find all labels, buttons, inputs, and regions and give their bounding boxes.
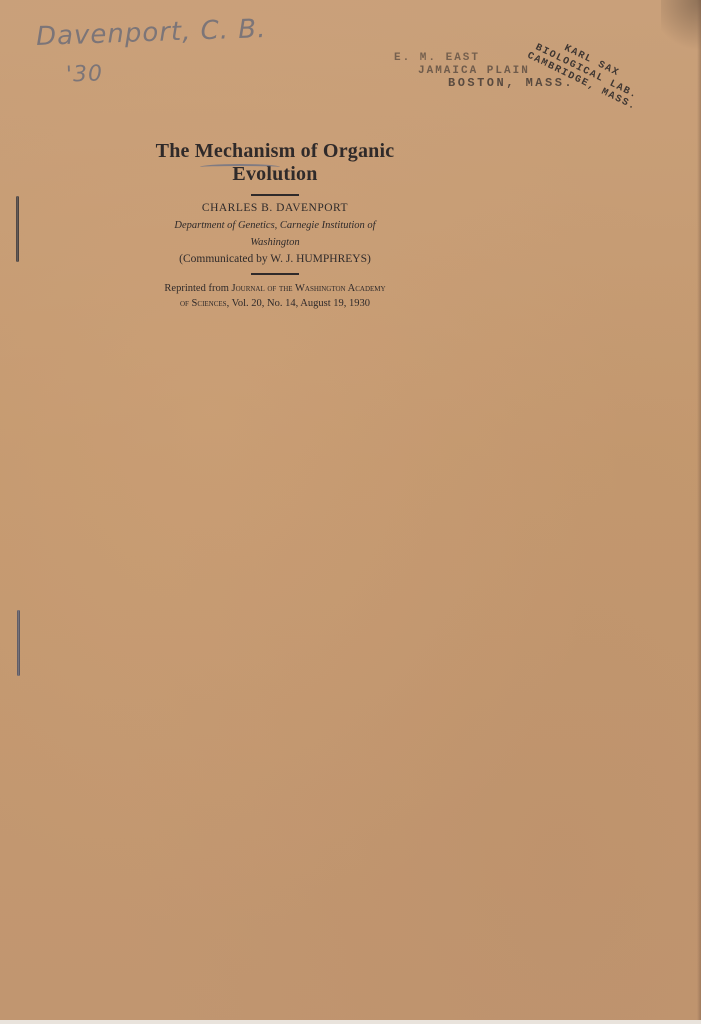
title-line-1: The Mechanism of Organic — [156, 140, 395, 162]
reprint-prefix: Reprinted from — [164, 283, 228, 294]
reprint-citation: Reprinted from Journal of the Washington… — [110, 281, 440, 311]
owner-stamp-line: Boston, Mass. — [392, 77, 574, 91]
affiliation-line-2: Washington — [250, 237, 299, 248]
journal-name-cont: of Sciences, — [180, 298, 229, 309]
journal-volume-date: Vol. 20, No. 14, August 19, 1930 — [232, 298, 370, 309]
author-affiliation: Department of Genetics, Carnegie Institu… — [110, 217, 440, 251]
communicated-by: (Communicated by W. J. HUMPHREYS) — [110, 253, 440, 265]
title-block: The Mechanism of Organic Evolution CHARL… — [110, 140, 440, 311]
pencil-underline-mark — [200, 164, 280, 170]
journal-name: Journal of the Washington Academy — [232, 283, 386, 294]
staple-bottom — [17, 610, 20, 676]
scan-corner-shadow — [661, 0, 701, 60]
document-title: The Mechanism of Organic Evolution — [110, 140, 440, 186]
handwritten-year: '30 — [66, 61, 104, 87]
title-divider — [251, 194, 299, 196]
page-edge-bottom — [0, 1020, 701, 1024]
page-edge-right — [697, 0, 701, 1024]
staple-top — [16, 196, 19, 262]
author-name: CHARLES B. DAVENPORT — [110, 202, 440, 214]
affiliation-line-1: Department of Genetics, Carnegie Institu… — [174, 220, 375, 231]
section-divider — [251, 273, 299, 275]
